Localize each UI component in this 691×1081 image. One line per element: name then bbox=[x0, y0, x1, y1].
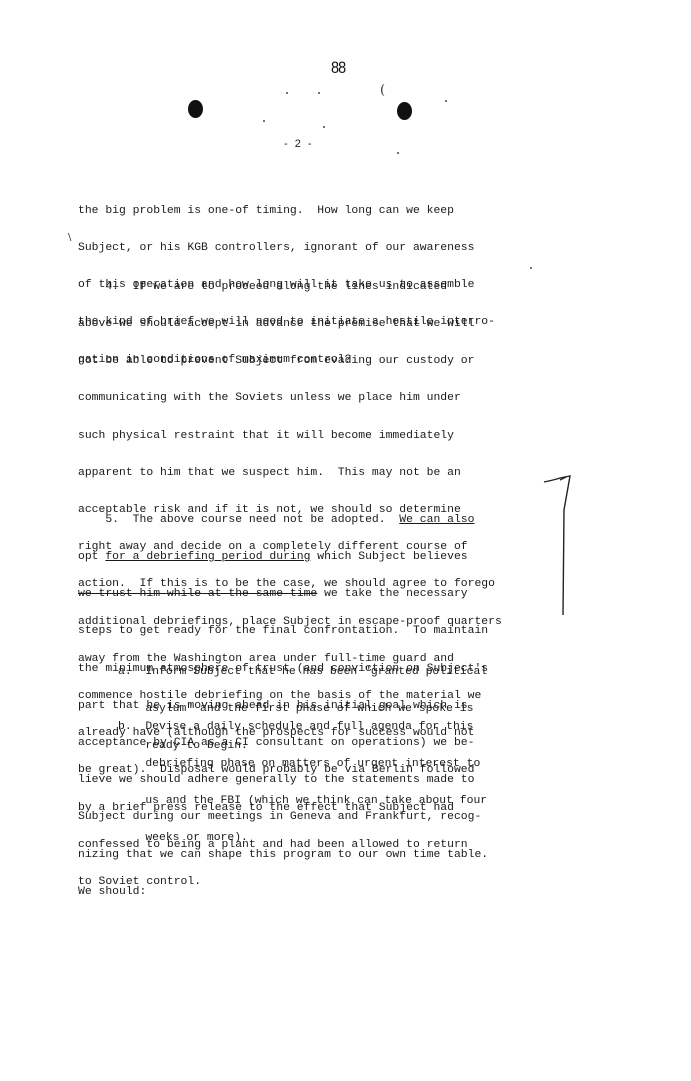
text-line: such physical restraint that it will bec… bbox=[78, 430, 502, 442]
punch-hole-left-icon bbox=[188, 100, 203, 118]
text-line: communicating with the Soviets unless we… bbox=[78, 392, 502, 404]
text-line: opt for a debriefing period during which… bbox=[78, 551, 488, 563]
text-line: weeks or more). bbox=[118, 832, 487, 844]
scan-speck bbox=[323, 126, 325, 128]
text-segment: 5. The above course need not be adopted. bbox=[78, 514, 399, 526]
text-line: a. Inform Subject that he has been "gran… bbox=[118, 666, 487, 678]
text-line: above we should accept in advance the pr… bbox=[78, 318, 502, 330]
text-segment: which Subject believes bbox=[310, 551, 467, 563]
underlined-text: for a debriefing period during bbox=[105, 551, 310, 563]
underlined-text: We can also bbox=[399, 514, 474, 526]
text-segment: us and the FBI (which we think can take … bbox=[145, 795, 487, 807]
text-segment: Inform Subject that he has been "granted… bbox=[145, 666, 487, 678]
margin-paren-mark: ( bbox=[380, 83, 385, 98]
list-item-b: b. Devise a daily schedule and full agen… bbox=[118, 696, 487, 870]
text-line: 4. If we are to proceed along the lines … bbox=[78, 281, 502, 293]
text-line: We should: bbox=[78, 886, 488, 898]
margin-tick-mark: \ bbox=[68, 232, 71, 243]
punch-hole-right-icon bbox=[397, 102, 412, 120]
text-segment: opt bbox=[78, 551, 105, 563]
sub-page-label: - 2 - bbox=[284, 138, 314, 150]
text-line: steps to get ready for the final confron… bbox=[78, 625, 488, 637]
struck-text: we trust him while at the same time bbox=[78, 588, 317, 600]
text-line: b. Devise a daily schedule and full agen… bbox=[118, 721, 487, 733]
text-line: us and the FBI (which we think can take … bbox=[118, 795, 487, 807]
scan-speck bbox=[318, 92, 320, 94]
margin-bracket-icon bbox=[540, 470, 580, 620]
scan-speck bbox=[263, 120, 265, 122]
text-segment: Devise a daily schedule and full agenda … bbox=[145, 721, 473, 733]
text-segment: we take the necessary bbox=[317, 588, 467, 600]
text-line: the big problem is one-of timing. How lo… bbox=[78, 205, 495, 217]
page-number: 88 bbox=[331, 58, 345, 78]
text-line: we trust him while at the same time we t… bbox=[78, 588, 488, 600]
scan-speck bbox=[397, 152, 399, 154]
list-marker: a. bbox=[118, 666, 132, 678]
text-line: Subject, or his KGB controllers, ignoran… bbox=[78, 242, 495, 254]
scan-speck bbox=[445, 100, 447, 102]
list-marker: b. bbox=[118, 721, 132, 733]
text-line: apparent to him that we suspect him. Thi… bbox=[78, 467, 502, 479]
scan-speck bbox=[530, 267, 532, 269]
text-line: not be able to prevent Subject from evad… bbox=[78, 355, 502, 367]
scan-speck bbox=[286, 92, 288, 94]
text-segment: debriefing phase on matters of urgent in… bbox=[145, 758, 480, 770]
text-line: 5. The above course need not be adopted.… bbox=[78, 514, 488, 526]
text-line: debriefing phase on matters of urgent in… bbox=[118, 758, 487, 770]
text-segment: weeks or more). bbox=[145, 832, 248, 844]
document-page: 88 ( - 2 - \ the big problem is one-of t… bbox=[0, 0, 691, 1081]
